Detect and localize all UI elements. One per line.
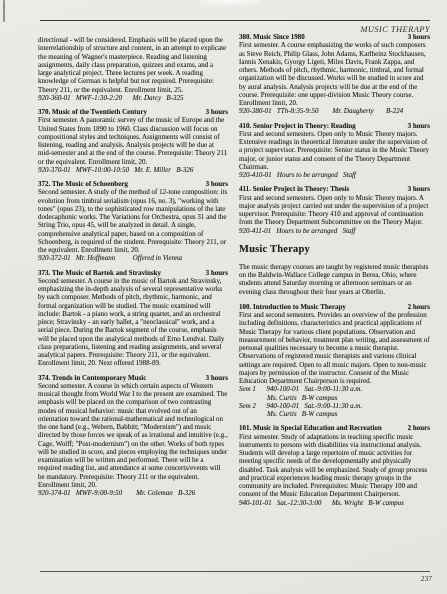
- course-description: First and second semesters. Provides an …: [239, 311, 430, 385]
- course-101: 101. Music in Special Education and Recr…: [239, 424, 430, 507]
- course-title: 373. The Music of Bartok and Stravinsky: [38, 269, 167, 277]
- course-hours: 3 hours: [206, 108, 228, 116]
- course-hours: 2 hours: [408, 424, 430, 432]
- course-100: 100. Introduction to Music Therapy 2 hou…: [239, 303, 430, 419]
- course-hours: 3 hours: [408, 33, 430, 41]
- course-370: 370. Music of the Twentieth Century 3 ho…: [38, 108, 228, 174]
- course-title: 372. The Music of Schoenberg: [38, 180, 134, 188]
- scan-artifact: [200, 0, 260, 6]
- course-411: 411. Senior Project in Theory: Thesis 3 …: [239, 185, 430, 235]
- course-title: 410. Senior Project in Theory: Reading: [239, 122, 362, 130]
- course-hours: 3 hours: [408, 185, 430, 193]
- catalog-page: MUSIC THERAPY directional - will be cons…: [0, 0, 447, 594]
- course-374: 374. Trends in Contemporary Music 3 hour…: [38, 374, 228, 498]
- course-description: First semester. A course emphasizing the…: [239, 41, 430, 107]
- course-description: First semester. Study of adaptations in …: [239, 433, 430, 499]
- course-title: 411. Senior Project in Theory: Thesis: [239, 185, 355, 193]
- course-description: First semester. A panoramic survey of th…: [38, 116, 228, 166]
- course-title: 380. Music Since 1980: [239, 33, 311, 41]
- section-intro: The music therapy courses are taught by …: [239, 263, 430, 296]
- course-header: 374. Trends in Contemporary Music 3 hour…: [38, 374, 228, 382]
- page-number: 237: [421, 574, 432, 583]
- course-header: 100. Introduction to Music Therapy 2 hou…: [239, 303, 430, 311]
- course-description: First and second semesters. Open only to…: [239, 130, 430, 171]
- course-header: 370. Music of the Twentieth Century 3 ho…: [38, 108, 228, 116]
- course-title: 100. Introduction to Music Therapy: [239, 303, 352, 311]
- left-column: directional - will be considered. Emphas…: [38, 36, 228, 503]
- course-header: 411. Senior Project in Theory: Thesis 3 …: [239, 185, 430, 193]
- course-schedule: 920-360-01 MWF-1:30-2:20 Mr. Darcy B-325: [38, 94, 228, 102]
- course-372: 372. The Music of Schoenberg 3 hours Sec…: [38, 180, 228, 263]
- course-schedule: 920-370-01 MWF-10:00-10:50 Mr. E. Miller…: [38, 166, 228, 174]
- course-header: 380. Music Since 1980 3 hours: [239, 33, 430, 41]
- course-schedule: 920-374-01 MWF-9:00-9:50 Mr. Coleman B-3…: [38, 489, 228, 497]
- course-hours: 3 hours: [206, 374, 228, 382]
- section-heading-music-therapy: Music Therapy: [239, 244, 430, 256]
- course-description: Second semester. A course in which certa…: [38, 382, 228, 489]
- course-hours: 3 hours: [408, 122, 430, 130]
- right-column: 380. Music Since 1980 3 hours First seme…: [239, 33, 430, 513]
- course-description: Second semester. A study of the method o…: [38, 188, 228, 254]
- course-hours: 3 hours: [206, 269, 228, 277]
- course-title: 374. Trends in Contemporary Music: [38, 374, 152, 382]
- course-schedule: 920-372-01 Mr. Hoffmann Offered in Vienn…: [38, 254, 228, 262]
- course-373: 373. The Music of Bartok and Stravinsky …: [38, 269, 228, 368]
- course-schedule: 920-380-01 TTh-8:35-9:50 Mr. Daugherty B…: [239, 107, 430, 115]
- course-description: directional - will be considered. Emphas…: [38, 36, 228, 94]
- course-schedule: Sem 1 940-100-01 Sat.-9:00-11:30 a.m. Ms…: [239, 385, 430, 418]
- course-360-continuation: directional - will be considered. Emphas…: [38, 36, 228, 102]
- course-410: 410. Senior Project in Theory: Reading 3…: [239, 122, 430, 180]
- course-title: 101. Music in Special Education and Recr…: [239, 424, 388, 432]
- course-schedule: 920-411-01 Hours to be arranged Staff: [239, 227, 430, 235]
- header-rule: [40, 20, 430, 21]
- course-hours: 3 hours: [206, 180, 228, 188]
- footer-rule: [40, 571, 430, 572]
- course-description: Second semester. A course in the music o…: [38, 277, 228, 368]
- course-description: First and second semesters. Open only to…: [239, 194, 430, 227]
- course-hours: 2 hours: [408, 303, 430, 311]
- course-header: 101. Music in Special Education and Recr…: [239, 424, 430, 432]
- course-title: 370. Music of the Twentieth Century: [38, 108, 153, 116]
- course-schedule: 940-101-01 Sat.-12:30-3:00 Ms. Wright B-…: [239, 499, 430, 507]
- course-schedule: 920-410-01 Hours to be arranged Staff: [239, 171, 430, 179]
- course-380: 380. Music Since 1980 3 hours First seme…: [239, 33, 430, 116]
- course-header: 410. Senior Project in Theory: Reading 3…: [239, 122, 430, 130]
- course-header: 373. The Music of Bartok and Stravinsky …: [38, 269, 228, 277]
- scan-artifact: [3, 0, 5, 22]
- course-header: 372. The Music of Schoenberg 3 hours: [38, 180, 228, 188]
